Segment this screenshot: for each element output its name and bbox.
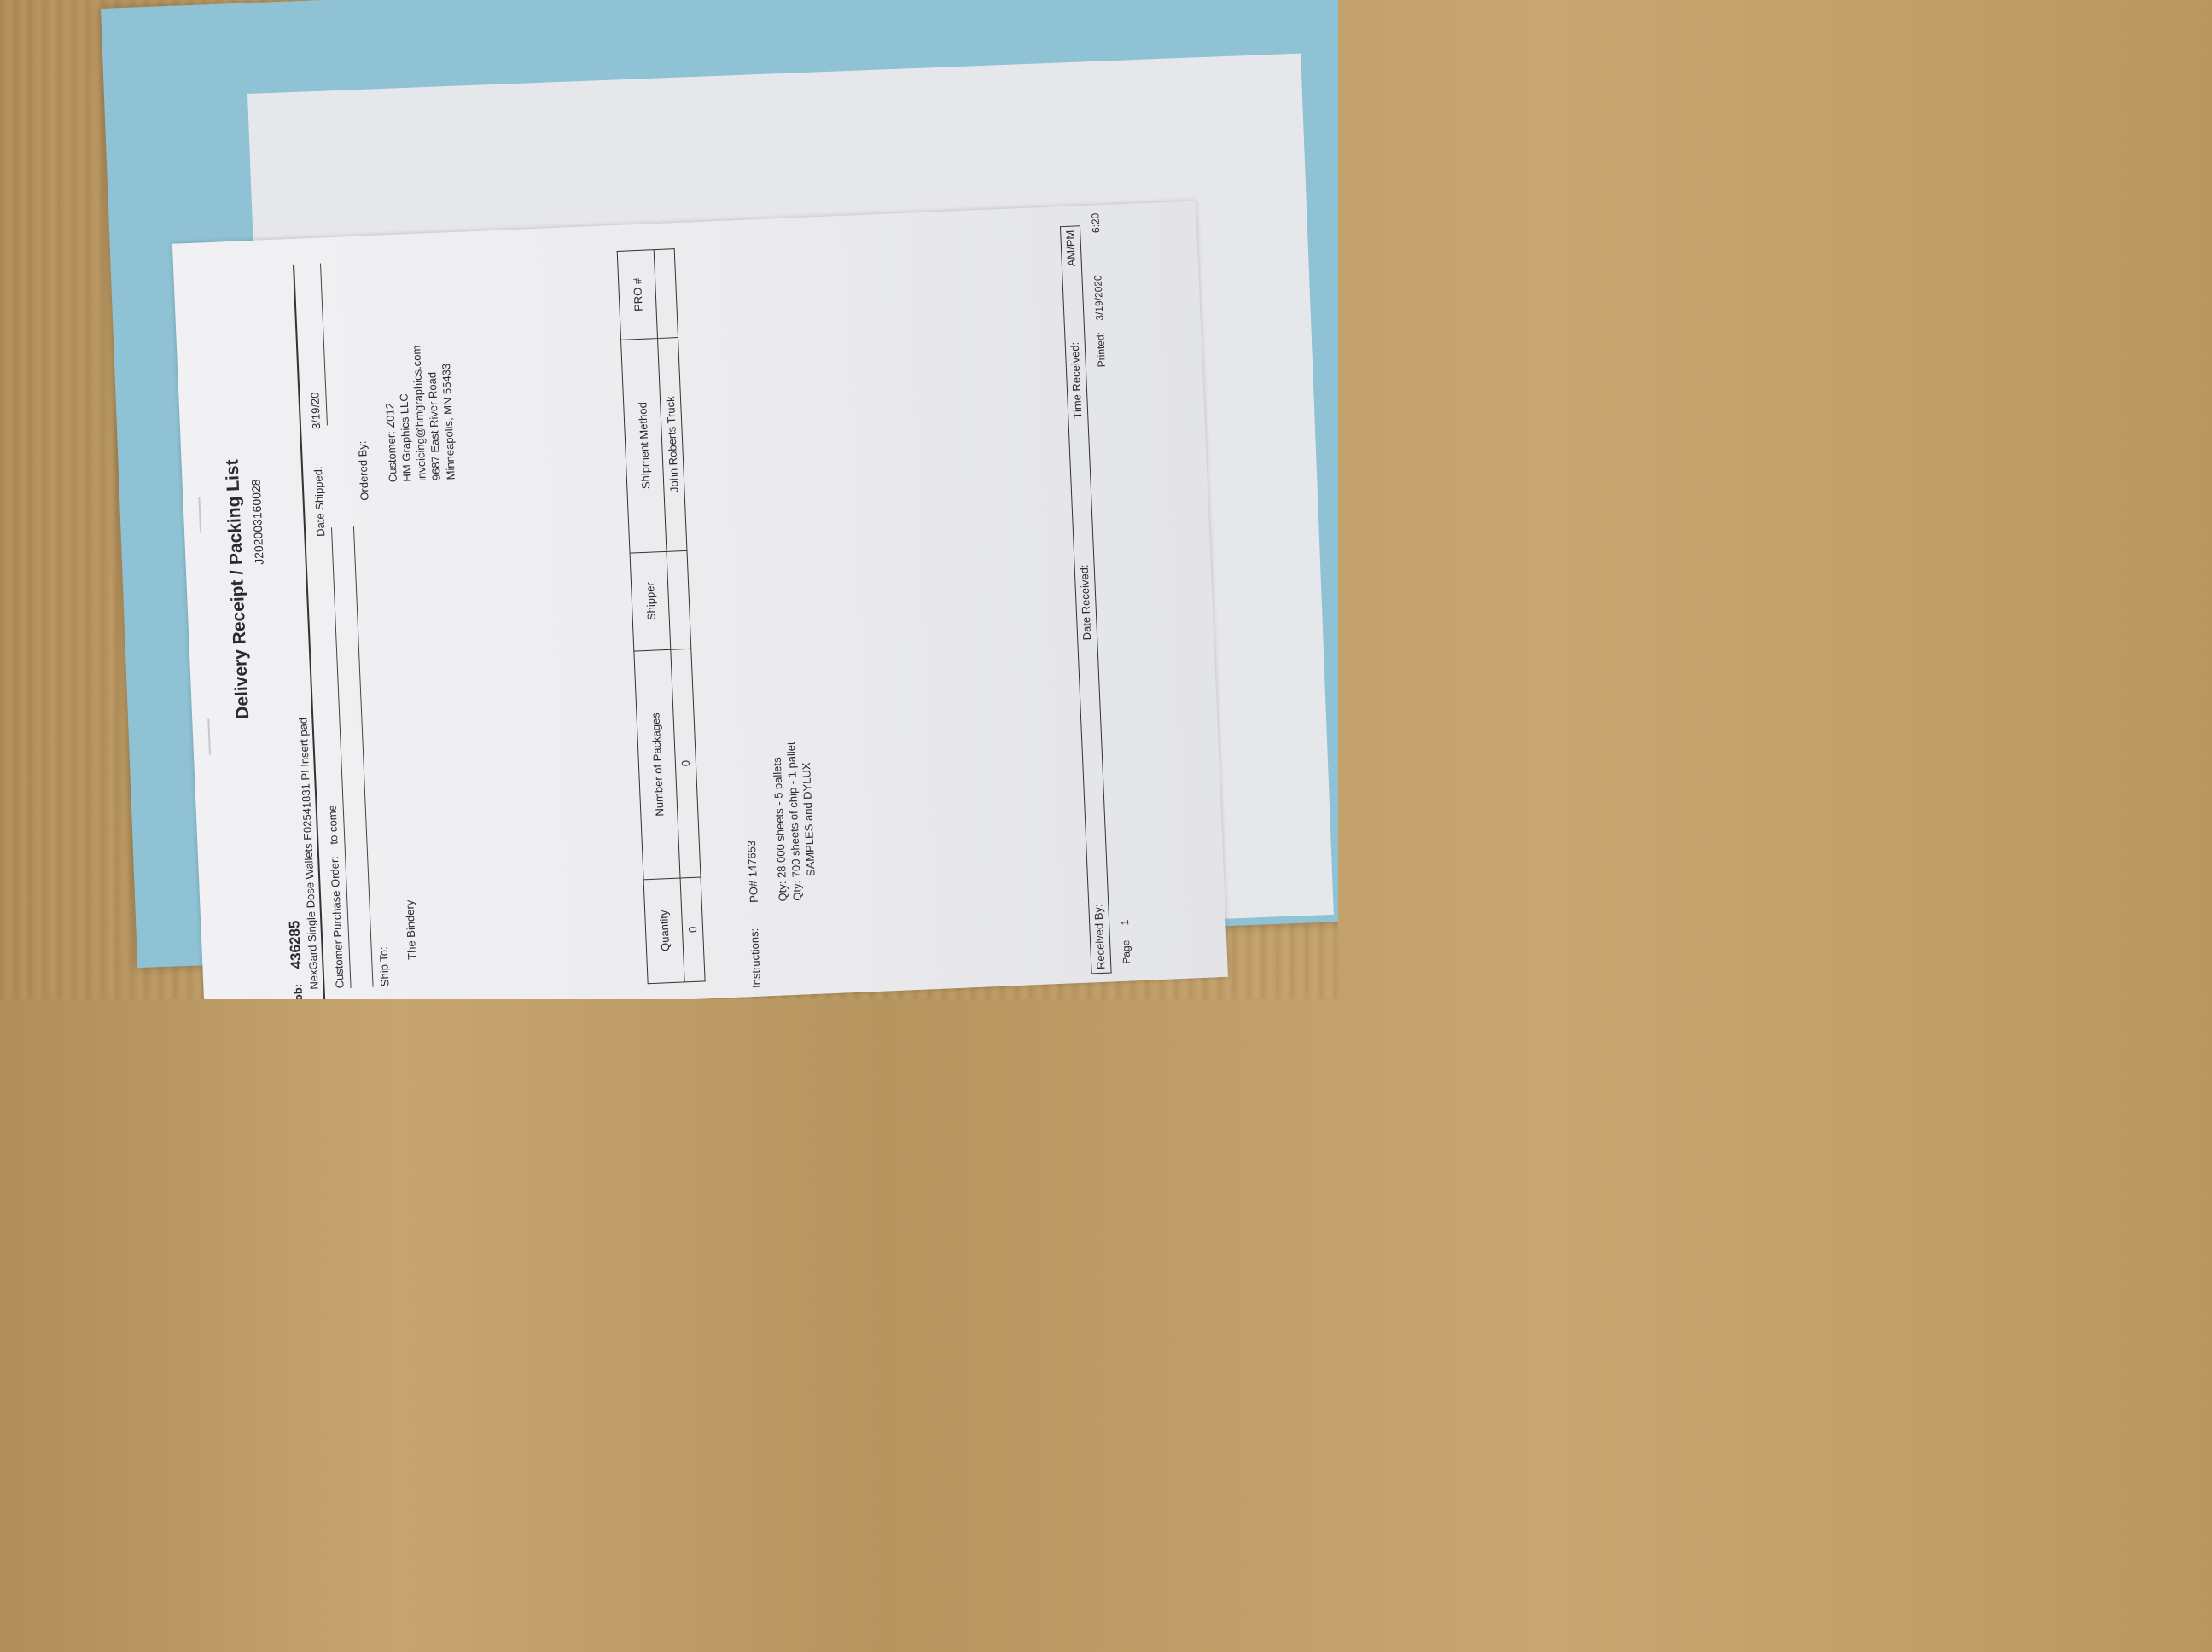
date-shipped-line: Date Shipped: 3/19/20 [308,392,327,537]
job-line: Job: 436285 [286,920,306,999]
instructions-label: Instructions: [748,926,823,989]
paper-crease [198,497,201,533]
ampm-label: AM/PM [1063,230,1078,266]
job-label: Job: [291,984,305,999]
ship-to-divider [353,526,374,987]
page-indicator: Page 1 [1119,919,1132,964]
job-number: 436285 [286,920,304,969]
ordered-by-address: Customer: Z012 HM Graphics LLC invoicing… [380,344,458,483]
cell-quantity: 0 [680,877,705,982]
page-number: 1 [1119,919,1131,925]
page-label: Page [1120,939,1132,964]
column-header-shipper: Shipper [630,551,671,651]
delivery-receipt-page: Delivery Receipt / Packing List J2020031… [172,201,1228,999]
customer-po-value: to come [326,805,341,845]
paper-crease [207,718,211,754]
time-received-label: Time Received: [1068,341,1085,418]
ship-to-label: Ship To: [377,946,392,986]
cell-pro [654,249,678,339]
instructions-section: Instructions: PO# 147653 Qty: 28,000 she… [740,741,823,988]
customer-po-label: Customer Purchase Order: [328,856,346,989]
cell-shipper [667,550,691,649]
printed-time: 6:20 [1089,212,1102,233]
printed-date: 3/19/2020 [1091,275,1105,321]
shipment-table: Quantity Number of Packages Shipper Ship… [617,248,706,984]
date-shipped-value: 3/19/20 [308,392,323,429]
ordered-by-label: Ordered By: [356,440,371,501]
date-shipped-label: Date Shipped: [311,466,327,537]
printed-info: Printed: 3/19/2020 6:20 [1089,212,1108,367]
instructions-text: PO# 147653 Qty: 28,000 sheets - 5 pallet… [740,741,819,903]
column-header-quantity: Quantity [643,878,684,984]
document-id: J202003160028 [249,479,266,565]
printed-label: Printed: [1094,332,1108,368]
date-received-label: Date Received: [1078,564,1094,640]
column-header-pro: PRO # [617,250,657,340]
ship-to-name: The Bindery [403,899,418,960]
received-by-label: Received By: [1091,904,1107,969]
